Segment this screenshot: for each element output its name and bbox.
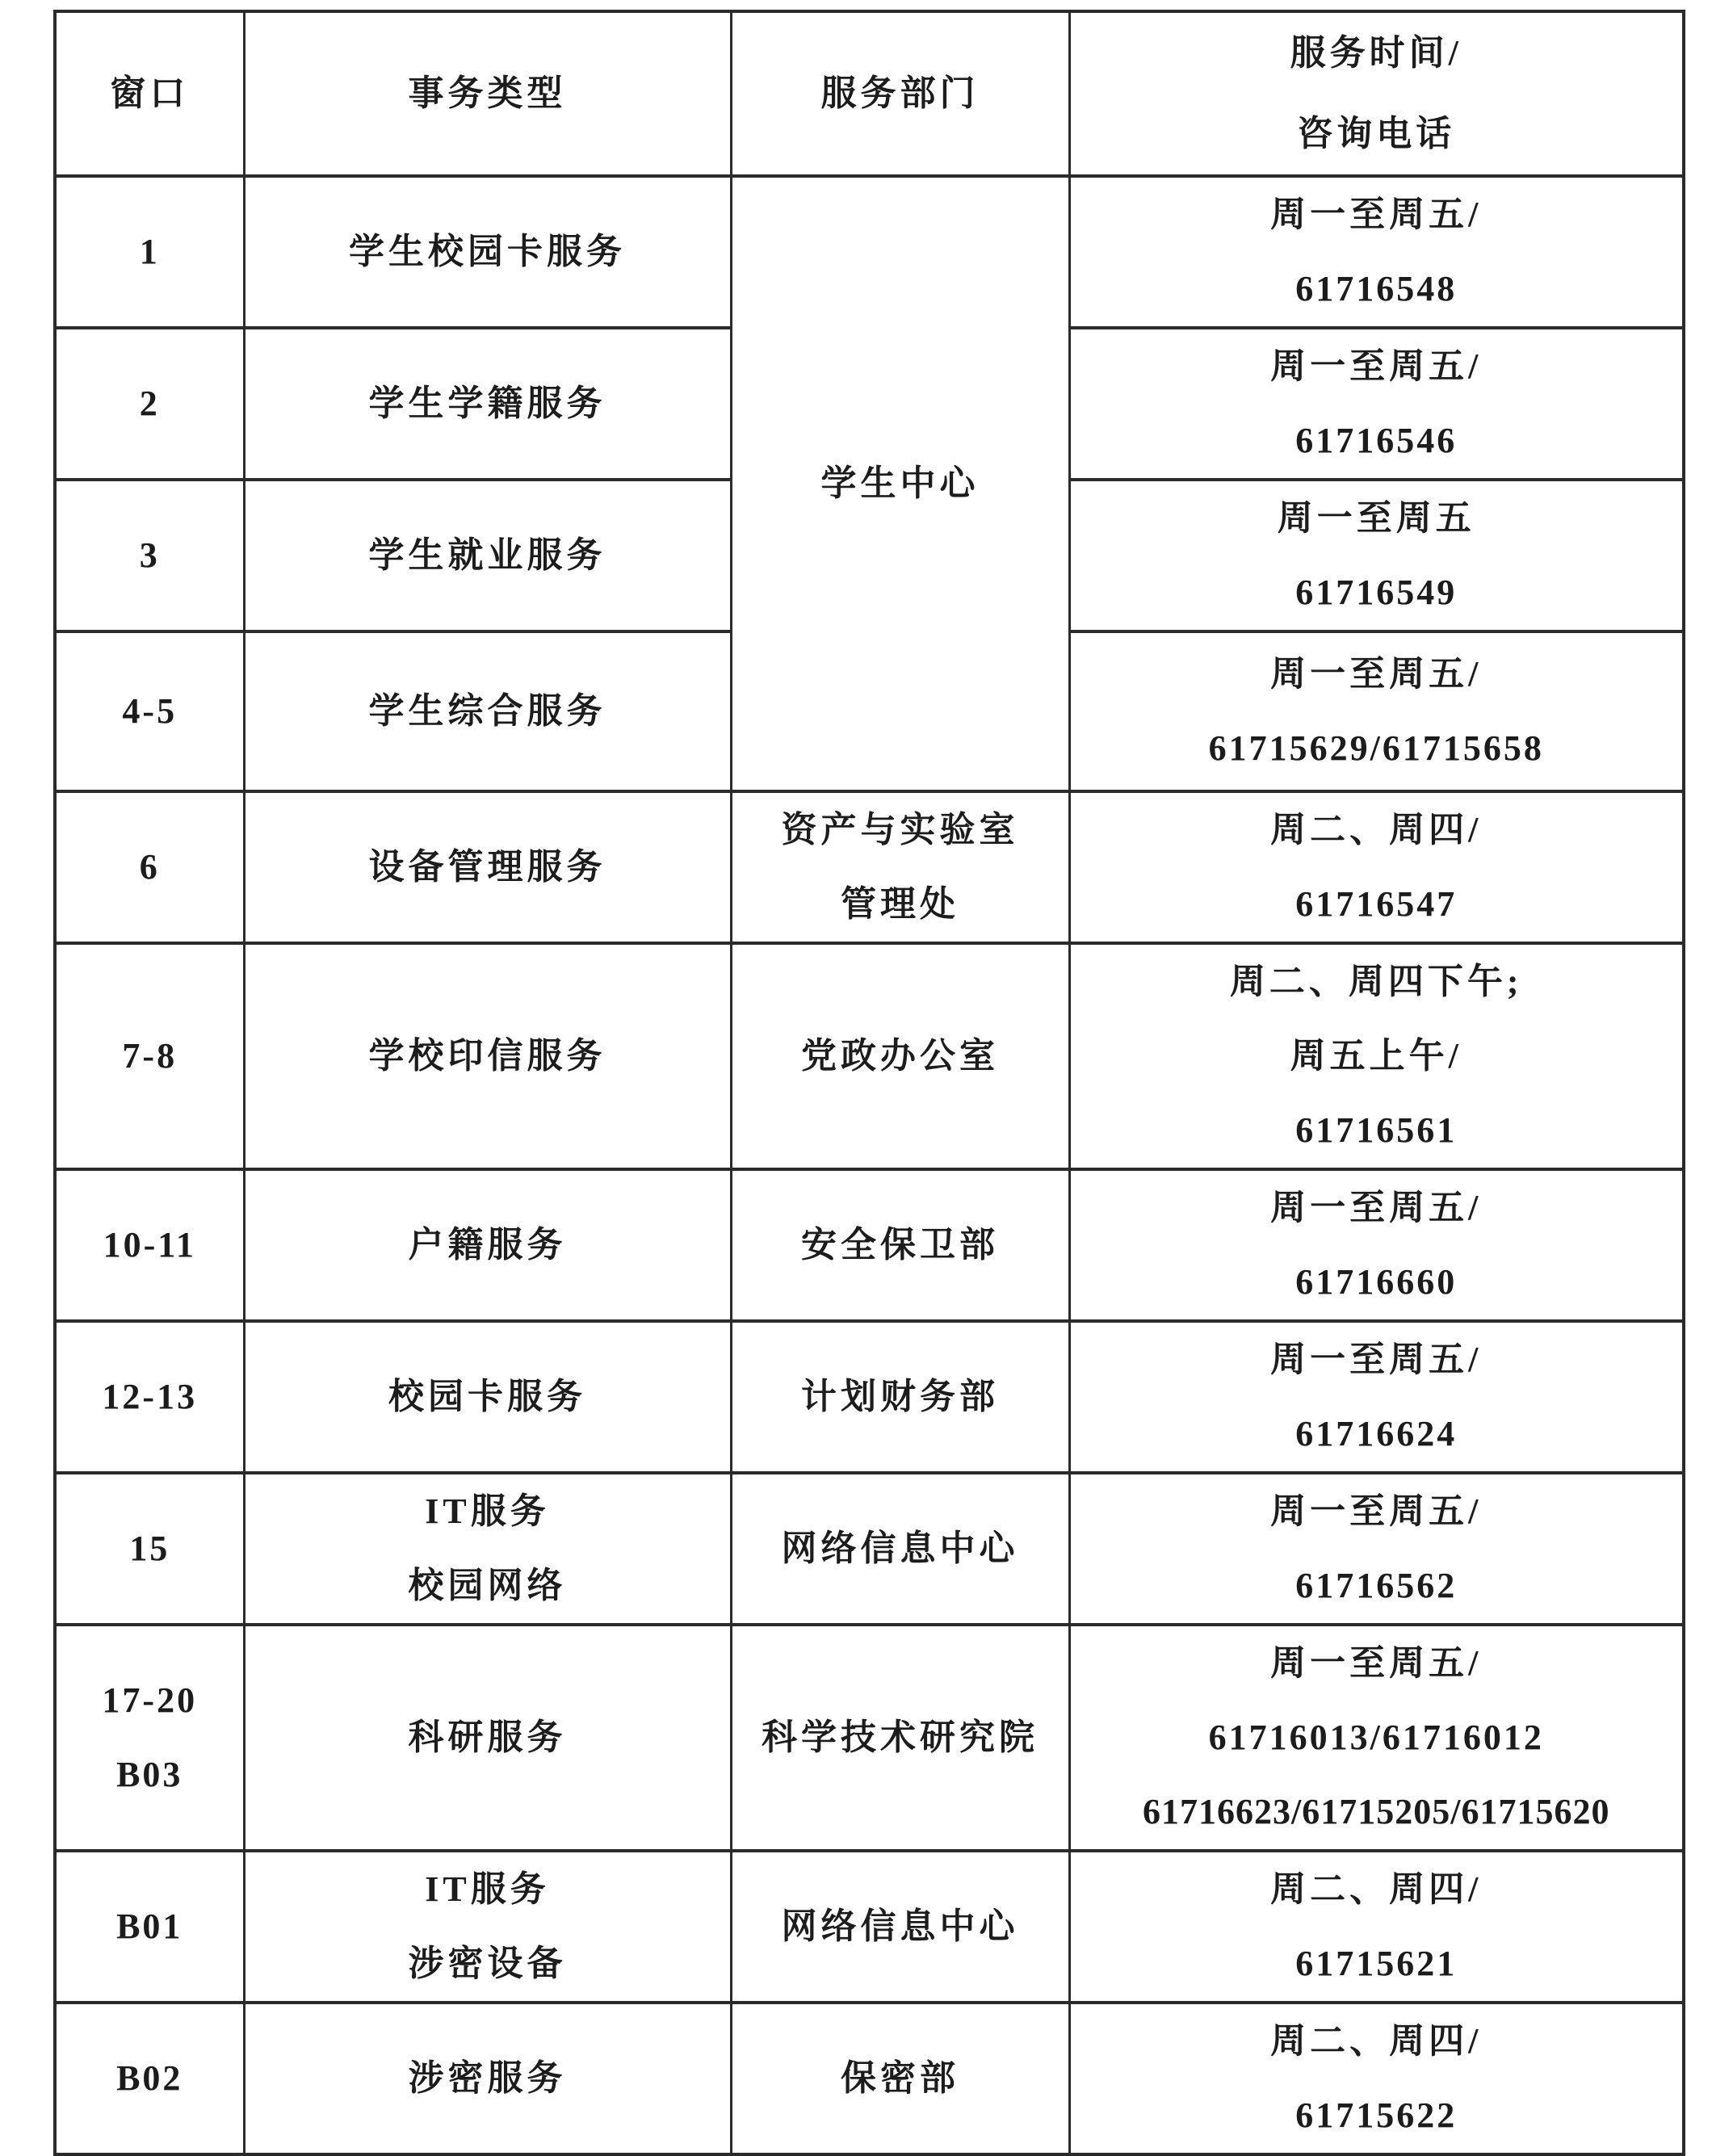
cell-dept: 资产与实验室 管理处 xyxy=(731,791,1069,943)
cell-dept: 科学技术研究院 xyxy=(731,1625,1069,1851)
col-header-type: 事务类型 xyxy=(244,11,731,176)
cell-window: 7-8 xyxy=(55,943,244,1169)
table-row-6: 7-8 学校印信服务 党政办公室 周二、周四下午; 周五上午/ 61716561 xyxy=(55,943,1684,1169)
cell-service: 周一至周五/ 61715629/61715658 xyxy=(1069,631,1684,791)
cell-window: 15 xyxy=(55,1473,244,1625)
cell-dept: 计划财务部 xyxy=(731,1321,1069,1473)
cell-service: 周二、周四/ 61716547 xyxy=(1069,791,1684,943)
table-row-7: 10-11 户籍服务 安全保卫部 周一至周五/ 61716660 xyxy=(55,1169,1684,1321)
cell-window: 3 xyxy=(55,480,244,631)
cell-type: 涉密服务 xyxy=(244,2003,731,2154)
table-row-11: B01 IT服务 涉密设备 网络信息中心 周二、周四/ 61715621 xyxy=(55,1851,1684,2003)
cell-dept-merged: 学生中心 xyxy=(731,176,1069,791)
cell-dept: 网络信息中心 xyxy=(731,1851,1069,2003)
service-window-table: 窗口 事务类型 服务部门 服务时间/ 咨询电话 1 学生校园卡服务 学生中心 周… xyxy=(53,10,1685,2156)
cell-service: 周一至周五 61716549 xyxy=(1069,480,1684,631)
cell-type: 科研服务 xyxy=(244,1625,731,1851)
cell-dept: 安全保卫部 xyxy=(731,1169,1069,1321)
cell-service: 周一至周五/ 61716660 xyxy=(1069,1169,1684,1321)
cell-dept: 党政办公室 xyxy=(731,943,1069,1169)
col-header-window: 窗口 xyxy=(55,11,244,176)
header-label: 窗口 xyxy=(57,57,243,131)
cell-window: 10-11 xyxy=(55,1169,244,1321)
cell-type: 户籍服务 xyxy=(244,1169,731,1321)
cell-dept: 网络信息中心 xyxy=(731,1473,1069,1625)
cell-type: 学校印信服务 xyxy=(244,943,731,1169)
header-label: 服务时间/ xyxy=(1071,13,1683,94)
table-row-1: 1 学生校园卡服务 学生中心 周一至周五/ 61716548 xyxy=(55,176,1684,328)
table-row-12: B02 涉密服务 保密部 周二、周四/ 61715622 xyxy=(55,2003,1684,2154)
table-row-9: 15 IT服务 校园网络 网络信息中心 周一至周五/ 61716562 xyxy=(55,1473,1684,1625)
cell-type: 学生学籍服务 xyxy=(244,328,731,480)
cell-window: 6 xyxy=(55,791,244,943)
header-label: 咨询电话 xyxy=(1071,94,1683,174)
cell-type: 学生校园卡服务 xyxy=(244,176,731,328)
table-row-10: 17-20 B03 科研服务 科学技术研究院 周一至周五/ 61716013/6… xyxy=(55,1625,1684,1851)
cell-type: 学生综合服务 xyxy=(244,631,731,791)
cell-window: 17-20 B03 xyxy=(55,1625,244,1851)
cell-service: 周二、周四/ 61715621 xyxy=(1069,1851,1684,2003)
cell-service: 周二、周四/ 61715622 xyxy=(1069,2003,1684,2154)
cell-window: 1 xyxy=(55,176,244,328)
header-row: 窗口 事务类型 服务部门 服务时间/ 咨询电话 xyxy=(55,11,1684,176)
table-row-8: 12-13 校园卡服务 计划财务部 周一至周五/ 61716624 xyxy=(55,1321,1684,1473)
cell-dept: 保密部 xyxy=(731,2003,1069,2154)
cell-window: 4-5 xyxy=(55,631,244,791)
table-row-5: 6 设备管理服务 资产与实验室 管理处 周二、周四/ 61716547 xyxy=(55,791,1684,943)
cell-type: IT服务 校园网络 xyxy=(244,1473,731,1625)
cell-service: 周一至周五/ 61716562 xyxy=(1069,1473,1684,1625)
document-page: 窗口 事务类型 服务部门 服务时间/ 咨询电话 1 学生校园卡服务 学生中心 周… xyxy=(0,0,1712,2151)
cell-type: 设备管理服务 xyxy=(244,791,731,943)
cell-service: 周一至周五/ 61716546 xyxy=(1069,328,1684,480)
cell-window: B01 xyxy=(55,1851,244,2003)
cell-service: 周一至周五/ 61716548 xyxy=(1069,176,1684,328)
col-header-dept: 服务部门 xyxy=(731,11,1069,176)
cell-service: 周二、周四下午; 周五上午/ 61716561 xyxy=(1069,943,1684,1169)
cell-service: 周一至周五/ 61716624 xyxy=(1069,1321,1684,1473)
cell-type: 学生就业服务 xyxy=(244,480,731,631)
cell-window: 2 xyxy=(55,328,244,480)
header-label: 服务部门 xyxy=(732,57,1068,131)
cell-window: B02 xyxy=(55,2003,244,2154)
cell-type: IT服务 涉密设备 xyxy=(244,1851,731,2003)
header-label: 事务类型 xyxy=(245,57,730,131)
cell-service: 周一至周五/ 61716013/61716012 61716623/617152… xyxy=(1069,1625,1684,1851)
col-header-service: 服务时间/ 咨询电话 xyxy=(1069,11,1684,176)
cell-window: 12-13 xyxy=(55,1321,244,1473)
cell-type: 校园卡服务 xyxy=(244,1321,731,1473)
